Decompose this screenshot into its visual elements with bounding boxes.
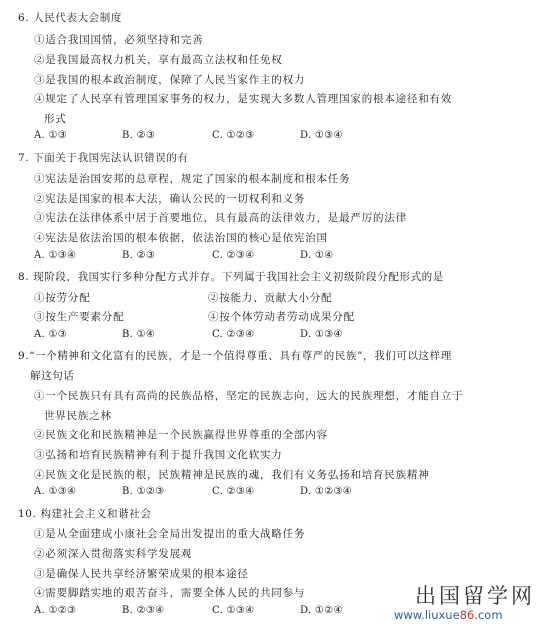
question-10-option-a: A. ①②③ xyxy=(34,605,76,616)
question-8-option-d: D. ①③④ xyxy=(300,329,343,340)
question-6-item-3: ③是我国的根本政治制度，保障了人民当家作主的权力 xyxy=(34,72,305,87)
question-6-option-d: D. ①③④ xyxy=(300,130,343,141)
question-10-item-2: ②必须深入贯彻落实科学发展观 xyxy=(34,546,192,561)
question-10-option-b: B. ②③④ xyxy=(122,605,164,616)
question-7-option-d: D. ①④ xyxy=(300,250,333,261)
question-6-stem: 6. 人民代表大会制度 xyxy=(18,10,122,25)
watermark-url: www.liuxue86.com xyxy=(394,608,554,622)
question-9-option-c: C. ②③④ xyxy=(212,486,254,497)
exam-page: 6. 人民代表大会制度 ①适合我国国情，必须坚持和完善 ②是我国最高权力机关，享… xyxy=(0,0,554,624)
question-7-item-3: ③宪法在法律体系中居于首要地位，具有最高的法律效力，是最严厉的法律 xyxy=(34,210,407,225)
question-8-option-b: B. ①④ xyxy=(122,329,155,340)
watermark-title: 出国留学网 xyxy=(396,580,554,610)
question-10-stem: 10. 构建社会主义和谐社会 xyxy=(18,506,151,521)
question-6-option-b: B. ②③ xyxy=(122,130,155,141)
question-6-item-4: ④规定了人民享有管理国家事务的权力，是实现大多数人管理国家的根本途径和有效 xyxy=(34,91,452,106)
question-8-item-4: ④按个体劳动者劳动成果分配 xyxy=(208,309,355,324)
site-watermark: 出国留学网 www.liuxue86.com xyxy=(394,580,554,622)
question-7-item-1: ①宪法是治国安邦的总章程，规定了国家的根本制度和根本任务 xyxy=(34,171,350,186)
question-7-item-2: ②宪法是国家的根本大法，确认公民的一切权利和义务 xyxy=(34,191,305,206)
question-7-stem: 7. 下面关于我国宪法认识错误的有 xyxy=(18,150,189,165)
question-9-stem-continuation: 解这句话 xyxy=(30,368,74,383)
question-9-option-b: B. ①②③ xyxy=(122,486,164,497)
question-9-item-4: ④民族文化是民族的根，民族精神是民族的魂，我们有义务弘扬和培育民族精神 xyxy=(34,467,430,482)
question-10-item-3: ③是确保人民共享经济繁荣成果的根本途径 xyxy=(34,566,249,581)
question-9-item-2: ②民族文化和民族精神是一个民族赢得世界尊重的全部内容 xyxy=(34,427,328,442)
question-10-item-4: ④需要脚踏实地的艰苦奋斗，需要全体人民的共同参与 xyxy=(34,585,305,600)
question-8-item-3: ③按生产要素分配 xyxy=(34,309,124,324)
question-7-option-b: B. ②③ xyxy=(122,250,155,261)
question-8-stem: 8. 现阶段，我国实行多种分配方式并存。下列属于我国社会主义初级阶段分配形式的是 xyxy=(18,269,444,284)
question-6-option-c: C. ①②③ xyxy=(212,130,254,141)
question-8-option-a: A. ①③ xyxy=(34,329,67,340)
question-10-item-1: ①是从全面建成小康社会全局出发提出的重大战略任务 xyxy=(34,526,305,541)
question-9-option-d: D. ①②③④ xyxy=(300,486,352,497)
question-9-item-1-continuation: 世界民族之林 xyxy=(44,408,112,423)
question-6-item-4-continuation: 形式 xyxy=(44,111,67,126)
question-7-option-c: C. ②③④ xyxy=(212,250,254,261)
question-8-item-2: ②按能力、贡献大小分配 xyxy=(208,290,332,305)
question-8-option-c: C. ②③④ xyxy=(212,329,254,340)
question-6-item-1: ①适合我国国情，必须坚持和完善 xyxy=(34,32,204,47)
question-10-option-c: C. ①③④ xyxy=(212,605,254,616)
question-9-option-a: A. ①③④ xyxy=(34,486,76,497)
question-9-item-1: ①一个民族只有具有高尚的民族品格，坚定的民族志向，远大的民族理想，才能自立于 xyxy=(34,388,463,403)
question-7-option-a: A. ①③④ xyxy=(34,250,76,261)
question-9-stem: 9.“一个精神和文化富有的民族，才是一个值得尊重、具有尊严的民族”，我们可以这样… xyxy=(18,348,452,363)
question-10-option-d: D. ①②④ xyxy=(300,605,343,616)
question-6-item-2: ②是我国最高权力机关，享有最高立法权和任免权 xyxy=(34,52,283,67)
question-9-item-3: ③弘扬和培育民族精神有利于提升我国文化软实力 xyxy=(34,447,283,462)
question-6-option-a: A. ①③ xyxy=(34,130,67,141)
question-7-item-4: ④宪法是依法治国的根本依据，依法治国的核心是依宪治国 xyxy=(34,230,328,245)
question-8-item-1: ①按劳分配 xyxy=(34,290,91,305)
